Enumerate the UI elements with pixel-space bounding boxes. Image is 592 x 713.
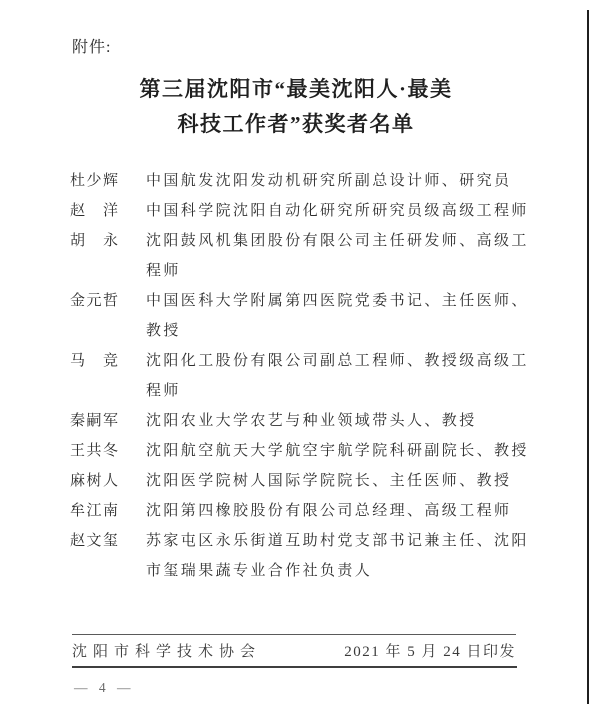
winner-name: 秦嗣军	[70, 406, 120, 436]
winner-name: 赵文玺	[70, 526, 120, 556]
footer-rule-top	[72, 634, 516, 635]
footer-rule-bottom	[72, 666, 517, 668]
winner-job-title: 沈阳医学院树人国际学院院长、主任医师、教授	[146, 466, 542, 496]
winner-name: 杜少辉	[70, 166, 120, 196]
winner-job-title: 中国科学院沈阳自动化研究所研究员级高级工程师	[146, 196, 542, 226]
winner-job-title: 苏家屯区永乐街道互助村党支部书记兼主任、沈阳市玺瑞果蔬专业合作社负责人	[146, 526, 542, 586]
winner-job-title: 沈阳化工股份有限公司副总工程师、教授级高级工程师	[146, 346, 542, 406]
footer-issuer: 沈阳市科学技术协会	[72, 640, 261, 661]
winner-job-title: 沈阳鼓风机集团股份有限公司主任研发师、高级工程师	[146, 226, 542, 286]
winner-entry: 马 竞 沈阳化工股份有限公司副总工程师、教授级高级工程师	[70, 346, 542, 406]
winner-entry: 秦嗣军 沈阳农业大学农艺与种业领域带头人、教授	[70, 406, 542, 436]
winner-entry: 王共冬 沈阳航空航天大学航空宇航学院科研副院长、教授	[70, 436, 542, 466]
winner-entry: 赵文玺 苏家屯区永乐街道互助村党支部书记兼主任、沈阳市玺瑞果蔬专业合作社负责人	[70, 526, 542, 586]
scan-edge-line	[587, 10, 589, 704]
winner-job-title: 沈阳第四橡胶股份有限公司总经理、高级工程师	[146, 496, 542, 526]
winner-list: 杜少辉 中国航发沈阳发动机研究所副总设计师、研究员 赵 洋 中国科学院沈阳自动化…	[70, 166, 542, 586]
winner-job-title: 沈阳航空航天大学航空宇航学院科研副院长、教授	[146, 436, 542, 466]
winner-name: 王共冬	[70, 436, 120, 466]
winner-entry: 牟江南 沈阳第四橡胶股份有限公司总经理、高级工程师	[70, 496, 542, 526]
winner-name: 赵 洋	[70, 196, 120, 226]
winner-job-title: 沈阳农业大学农艺与种业领域带头人、教授	[146, 406, 542, 436]
footer-print-date: 2021 年 5 月 24 日印发	[344, 640, 516, 661]
winner-entry: 胡 永 沈阳鼓风机集团股份有限公司主任研发师、高级工程师	[70, 226, 542, 286]
winner-name: 金元哲	[70, 286, 120, 316]
document-title: 第三届沈阳市“最美沈阳人·最美 科技工作者”获奖者名单	[40, 72, 552, 142]
document-title-line1: 第三届沈阳市“最美沈阳人·最美	[40, 72, 552, 107]
winner-name: 马 竞	[70, 346, 120, 376]
document-title-line2: 科技工作者”获奖者名单	[40, 107, 552, 142]
winner-entry: 赵 洋 中国科学院沈阳自动化研究所研究员级高级工程师	[70, 196, 542, 226]
winner-job-title: 中国医科大学附属第四医院党委书记、主任医师、教授	[146, 286, 542, 346]
winner-job-title: 中国航发沈阳发动机研究所副总设计师、研究员	[146, 166, 542, 196]
winner-name: 麻树人	[70, 466, 120, 496]
footer: 沈阳市科学技术协会 2021 年 5 月 24 日印发	[72, 640, 516, 661]
winner-entry: 金元哲 中国医科大学附属第四医院党委书记、主任医师、教授	[70, 286, 542, 346]
winner-name: 牟江南	[70, 496, 120, 526]
document-page: 附件: 第三届沈阳市“最美沈阳人·最美 科技工作者”获奖者名单 杜少辉 中国航发…	[0, 0, 592, 713]
winner-entry: 麻树人 沈阳医学院树人国际学院院长、主任医师、教授	[70, 466, 542, 496]
attachment-label: 附件:	[72, 34, 111, 57]
winner-name: 胡 永	[70, 226, 120, 256]
winner-entry: 杜少辉 中国航发沈阳发动机研究所副总设计师、研究员	[70, 166, 542, 196]
page-number: — 4 —	[74, 680, 135, 696]
